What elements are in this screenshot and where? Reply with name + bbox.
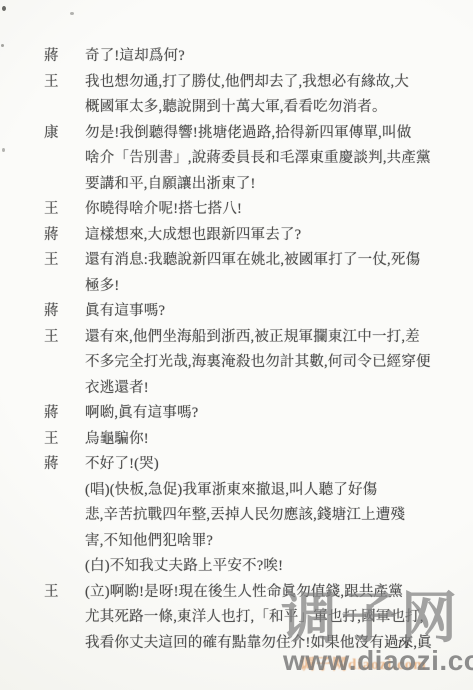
script-line: 蔣 這樣想來,大成想也跟新四軍去了?	[44, 223, 453, 249]
watermark-site-name: 调子网	[281, 588, 461, 648]
script-line: 王 你曉得啥介呢!搭七搭八!	[44, 197, 453, 223]
dialogue-text: 悲,辛苦抗戰四年整,丟掉人民勿應該,錢塘江上遭殘	[85, 503, 453, 529]
script-line: 王 我也想勿通,打了勝仗,他們却去了,我想必有緣故,大	[44, 70, 453, 96]
dialogue-text: 勿是!我倒聽得響!挑塘佬過路,拾得新四軍傳單,叫做	[85, 121, 453, 147]
speaker-label: 王	[44, 325, 85, 351]
speaker-label: 王	[44, 197, 85, 223]
scan-noise-speck	[2, 148, 5, 152]
script-line: 蔣 奇了!這却爲何?	[44, 44, 453, 70]
script-line: (唱)(快板,急促)我軍浙東來撤退,叫人聽了好傷	[44, 478, 453, 504]
dialogue-text: 啊喲,眞有這事嗎?	[85, 401, 453, 427]
dialogue-text: 我也想勿通,打了勝仗,他們却去了,我想必有緣故,大	[85, 70, 453, 96]
speaker-label: 康	[44, 121, 85, 147]
dialogue-text: 要講和平,自願讓出浙東了!	[85, 172, 453, 198]
script-line: 蔣 眞有這事嗎?	[44, 299, 453, 325]
scan-noise-speck	[70, 12, 74, 15]
script-line: 要講和平,自願讓出浙東了!	[44, 172, 453, 198]
dialogue-text: 不好了!(哭)	[85, 452, 453, 478]
speaker-label: 蔣	[44, 452, 85, 478]
speaker-label: 蔣	[44, 44, 85, 70]
dialogue-text: 衣逃還者!	[85, 376, 453, 402]
dialogue-text: (白)不知我丈夫路上平安不?唉!	[85, 554, 453, 580]
dialogue-text: 啥介「告別書」,說蔣委員長和毛澤東重慶談判,共產黨	[85, 146, 453, 172]
dialogue-text: 奇了!這却爲何?	[85, 44, 453, 70]
script-line: 衣逃還者!	[44, 376, 453, 402]
speaker-label	[44, 554, 85, 580]
speaker-label: 蔣	[44, 223, 85, 249]
dialogue-text: 這樣想來,大成想也跟新四軍去了?	[85, 223, 453, 249]
dialogue-text: 極多!	[85, 274, 453, 300]
speaker-label	[44, 376, 85, 402]
script-line: 康 勿是!我倒聽得響!挑塘佬過路,拾得新四軍傳單,叫做	[44, 121, 453, 147]
speaker-label: 王	[44, 427, 85, 453]
script-line: 極多!	[44, 274, 453, 300]
watermark-site-url: www.diaozi.com	[283, 645, 473, 677]
scanned-script-page: 蔣 奇了!這却爲何? 王 我也想勿通,打了勝仗,他們却去了,我想必有緣故,大 概…	[0, 0, 473, 690]
dialogue-text: 烏龜騙你!	[85, 427, 453, 453]
speaker-label	[44, 172, 85, 198]
dialogue-text: 不多完全打光哉,海裏淹殺也勿計其數,何司令已經穿便	[85, 350, 453, 376]
dialogue-text: 眞有這事嗎?	[85, 299, 453, 325]
script-line: 蔣 啊喲,眞有這事嗎?	[44, 401, 453, 427]
speaker-label	[44, 478, 85, 504]
script-line: 王 烏龜騙你!	[44, 427, 453, 453]
speaker-label	[44, 605, 85, 631]
speaker-label	[44, 350, 85, 376]
speaker-label: 蔣	[44, 299, 85, 325]
speaker-label: 王	[44, 248, 85, 274]
script-line: 王 還有來,他們坐海船到浙西,被正規軍攔東江中一打,差	[44, 325, 453, 351]
script-text-block: 蔣 奇了!這却爲何? 王 我也想勿通,打了勝仗,他們却去了,我想必有緣故,大 概…	[44, 44, 453, 656]
script-line: (白)不知我丈夫路上平安不?唉!	[44, 554, 453, 580]
speaker-label	[44, 146, 85, 172]
speaker-label	[44, 503, 85, 529]
script-line: 啥介「告別書」,說蔣委員長和毛澤東重慶談判,共產黨	[44, 146, 453, 172]
script-line: 不多完全打光哉,海裏淹殺也勿計其數,何司令已經穿便	[44, 350, 453, 376]
script-line: 悲,辛苦抗戰四年整,丟掉人民勿應該,錢塘江上遭殘	[44, 503, 453, 529]
dialogue-text: (唱)(快板,急促)我軍浙東來撤退,叫人聽了好傷	[85, 478, 453, 504]
speaker-label	[44, 631, 85, 657]
speaker-label: 王	[44, 580, 85, 606]
script-line: 概國軍太多,聽說開到十萬大軍,看看吃勿消者。	[44, 95, 453, 121]
dialogue-text: 概國軍太多,聽說開到十萬大軍,看看吃勿消者。	[85, 95, 453, 121]
speaker-label: 王	[44, 70, 85, 96]
script-line: 蔣 不好了!(哭)	[44, 452, 453, 478]
script-line: 王 還有消息:我聽說新四軍在姚北,被國軍打了一仗,死傷	[44, 248, 453, 274]
speaker-label: 蔣	[44, 401, 85, 427]
speaker-label	[44, 274, 85, 300]
dialogue-text: 還有消息:我聽說新四軍在姚北,被國軍打了一仗,死傷	[85, 248, 453, 274]
scan-noise-speck	[2, 6, 6, 11]
speaker-label	[44, 95, 85, 121]
scan-noise-speck	[1, 44, 4, 47]
script-line: 害,不知他們犯啥罪?	[44, 529, 453, 555]
speaker-label	[44, 529, 85, 555]
dialogue-text: 還有來,他們坐海船到浙西,被正規軍攔東江中一打,差	[85, 325, 453, 351]
dialogue-text: 你曉得啥介呢!搭七搭八!	[85, 197, 453, 223]
dialogue-text: 害,不知他們犯啥罪?	[85, 529, 453, 555]
